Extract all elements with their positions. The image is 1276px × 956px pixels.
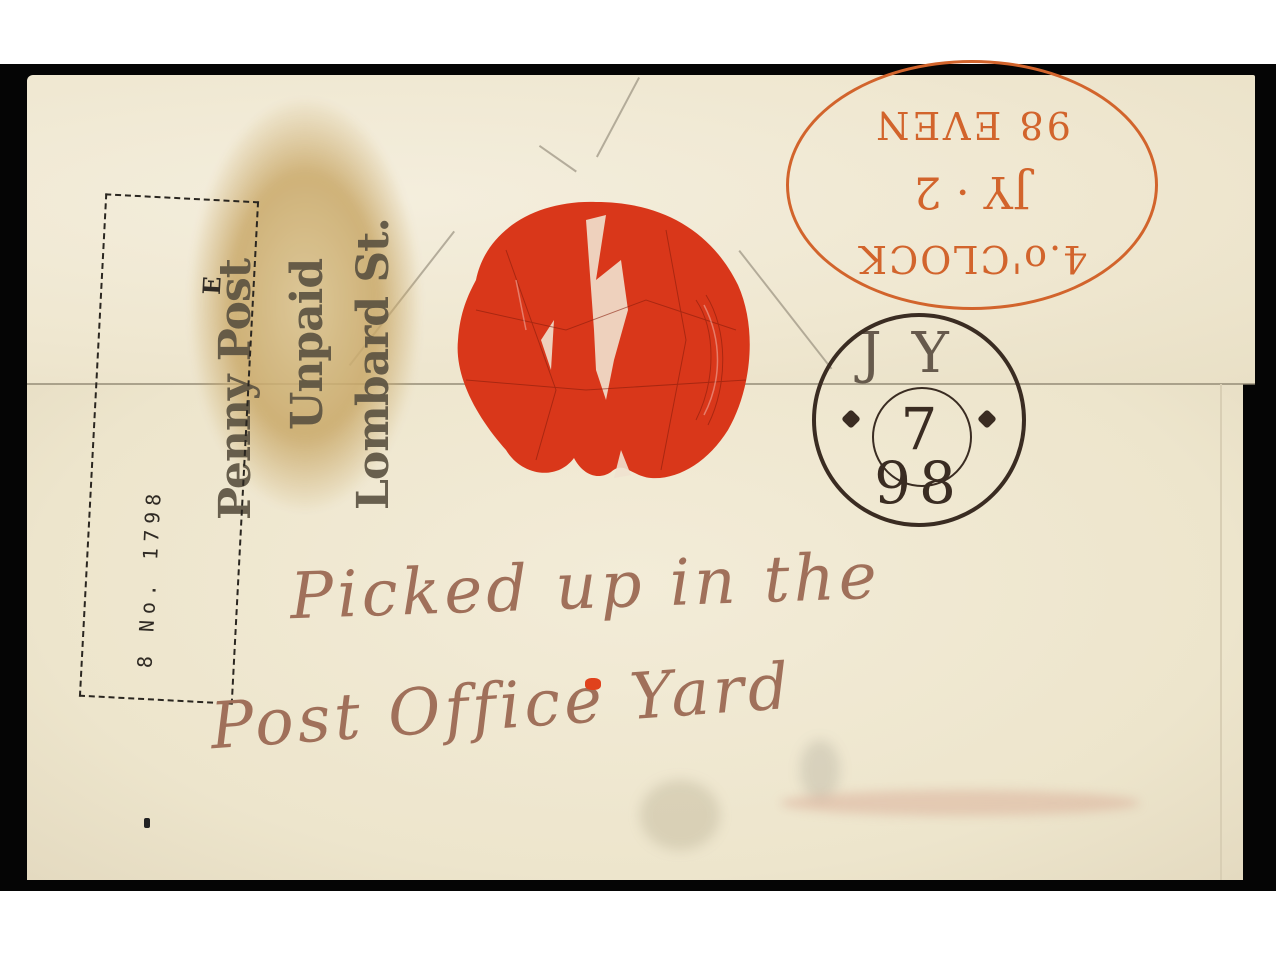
red-oval-time-handstamp: 4.o'CLOCK JY · 2 98 EVEN (786, 60, 1158, 310)
black-circular-datestamp: JY 7 98 (812, 313, 1026, 527)
wax-drop (585, 678, 601, 690)
lombard-line-2: Unpaid (282, 259, 333, 430)
framed-letter: E (197, 276, 227, 296)
framed-date-text: 8 No. 1798 (133, 487, 166, 668)
red-oval-line-1: 4.o'CLOCK (789, 237, 1155, 281)
red-oval-line-3: 98 EVEN (789, 103, 1155, 147)
paper-stain (640, 780, 720, 850)
red-wax-seal (446, 190, 762, 490)
right-flap-edge (1220, 384, 1222, 880)
ink-speck (144, 818, 150, 828)
lombard-line-1: Lombard St. (348, 218, 399, 510)
framed-date-handstamp: E 8 No. 1798 (79, 193, 259, 704)
wax-seal-shape (446, 190, 762, 490)
ink-smear (780, 790, 1140, 816)
paper-stain (800, 740, 840, 800)
datestamp-year: 98 (816, 449, 1022, 517)
datestamp-month: JY (816, 321, 1022, 386)
red-oval-line-2: JY · 2 (789, 166, 1155, 217)
